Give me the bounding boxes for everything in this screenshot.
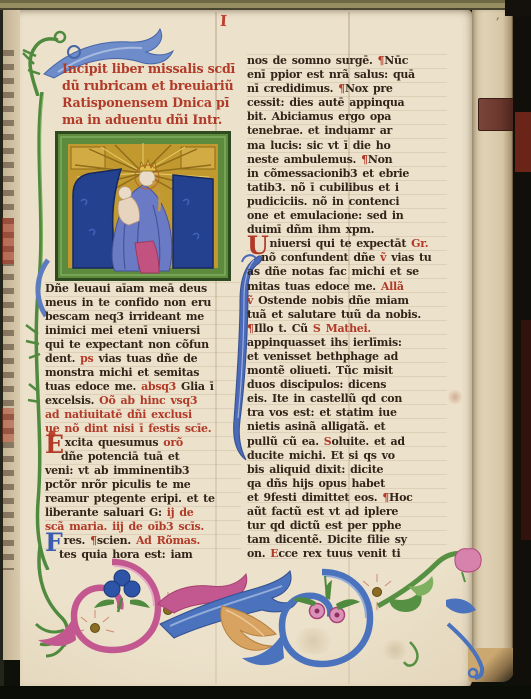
text-line: mitas tuas edoce me. Allã (247, 280, 447, 294)
page-stain (380, 640, 410, 660)
text-line: neste ambulemus. ¶Non (247, 153, 447, 167)
text-line: nõ confundent dñe ṽ vias tu (247, 251, 447, 265)
text-line: tur qd dictũ est per pphe (247, 519, 447, 533)
text-line: tuas edoce me. absq3 Glia ī (45, 380, 241, 394)
text-line: Incipit liber missalis scdī (62, 60, 244, 77)
text-line: tuã et salutare tuũ da nobis. (247, 308, 447, 322)
text-line: veni: vt ab imminentib3 (45, 464, 241, 478)
page-stain (448, 388, 462, 406)
text-line: tra vos est: et statim iue (247, 406, 447, 420)
text-line: dent. ps vias tuas dñe de (45, 352, 241, 366)
text-line: tatib3. nõ ī cubilibus et i (247, 181, 447, 195)
text-line: inimici mei etenī vniuersi (45, 324, 241, 338)
text-line: duos discipulos: dicens (247, 378, 447, 392)
text-line: pullũ cũ ea. Soluite. et ad (247, 435, 447, 449)
text-line: bis aliquid dixit: dicite (247, 463, 447, 477)
text-line: duimī dñm ihm xpm. (247, 223, 447, 237)
text-line: eis. Ite in castellũ qd con (247, 392, 447, 406)
text-line: tenebrae. et induamr ar (247, 124, 447, 138)
text-line: appinquasset ihs ierlīmis: (247, 336, 447, 350)
text-line: nī credidimus. ¶Nox pre (247, 82, 447, 96)
facing-page-text-fragments (2, 50, 14, 570)
text-column-left: Dñe leuaui aīam meā deusmeus in te confi… (45, 282, 241, 562)
book-cover-red-edge-lower (521, 320, 531, 540)
photo-background-corner (505, 0, 531, 16)
text-line: Uniuersi qui te expectāt Gr. (247, 237, 447, 251)
text-line: in cõmessacionib3 et ebrie (247, 167, 447, 181)
text-line: liberante saluari G: ij de (45, 506, 241, 520)
text-line: reamur ptegente eripi. et te (45, 492, 241, 506)
text-line: one et emulacione: sed in (247, 209, 447, 223)
photo-background-bottom (0, 686, 531, 699)
page-block-corner (468, 648, 514, 682)
text-line: scã maria. iij de oīb3 scīs. (45, 520, 241, 534)
text-line: monstra michi et semitas (45, 366, 241, 380)
text-line: Dñe leuaui aīam meā deus (45, 282, 241, 296)
text-line: nietis asinã alligatã. et (247, 420, 447, 434)
text-line: ma in aduentu dñi Intr. (62, 111, 244, 128)
facing-page-red-fragment (2, 408, 14, 442)
text-line: on. Ecce rex tuus venit ti (247, 547, 447, 561)
text-line: bit. Abiciamus ergo opa (247, 110, 447, 124)
text-line: ma lucis: sic vt ī die ho (247, 139, 447, 153)
text-line: ¶Illo t. Cũ S Mathei. (247, 322, 447, 336)
manuscript-photo: I ʹ Incipit liber missalis scdīdũ rubric… (0, 0, 531, 699)
text-line: aũt factũ est vt ad iplere (247, 505, 447, 519)
page-stain (290, 628, 336, 654)
text-line: ṽ Ostende nobis dñe miam (247, 294, 447, 308)
text-line: Fres. ¶scien. Ad Rõmas. (45, 534, 241, 548)
text-line: Ratisponensem Dnica pī (62, 94, 244, 111)
text-line: qui te expectant non cõfun (45, 338, 241, 352)
facing-page-red-fragment (2, 218, 14, 264)
text-line: dũ rubricam et breuiariũ (62, 77, 244, 94)
text-line: et venisset bethphage ad (247, 350, 447, 364)
text-line: excelsis. Oõ ab hinc vsq3 (45, 394, 241, 408)
text-line: enī ppior est nrã salus: quā (247, 68, 447, 82)
leather-bookmark-tab (478, 98, 515, 131)
text-line: dñe potenciā tuā et (45, 450, 241, 464)
text-line: pctõr nrõr piculis te me (45, 478, 241, 492)
book-cover-red-edge (515, 112, 531, 172)
text-line: as dñe notas fac michi et se (247, 265, 447, 279)
text-line: ue nõ dint nisi ī festis scīe. (45, 422, 241, 436)
incipit-rubric: Incipit liber missalis scdīdũ rubricam e… (62, 60, 244, 128)
text-line: montẽ oliueti. Tũc misit (247, 364, 447, 378)
text-line: qa dñs hijs opus habet (247, 477, 447, 491)
text-line: cessit: dies autē appinqua (247, 96, 447, 110)
text-line: bescam neq3 irrideant me (45, 310, 241, 324)
text-line: ad natiuitatē dñi exclusi (45, 408, 241, 422)
text-line: meus in te confido non eru (45, 296, 241, 310)
text-line: pudiciciis. nõ in contenci (247, 195, 447, 209)
book-top-edge (0, 0, 531, 10)
folio-number: I (220, 12, 228, 30)
text-line: tam dicentẽ. Dicite filie sy (247, 533, 447, 547)
text-line: Excita quesumus orõ (45, 436, 241, 450)
text-line: ducite michi. Et si qs vo (247, 449, 447, 463)
text-column-right: nos de somno surgē. ¶Nūcenī ppior est nr… (247, 54, 447, 561)
text-line: nos de somno surgē. ¶Nūc (247, 54, 447, 68)
text-line: et 9festi dimittet eos. ¶Hoc (247, 491, 447, 505)
text-line: tes quia hora est: iam (45, 548, 241, 562)
